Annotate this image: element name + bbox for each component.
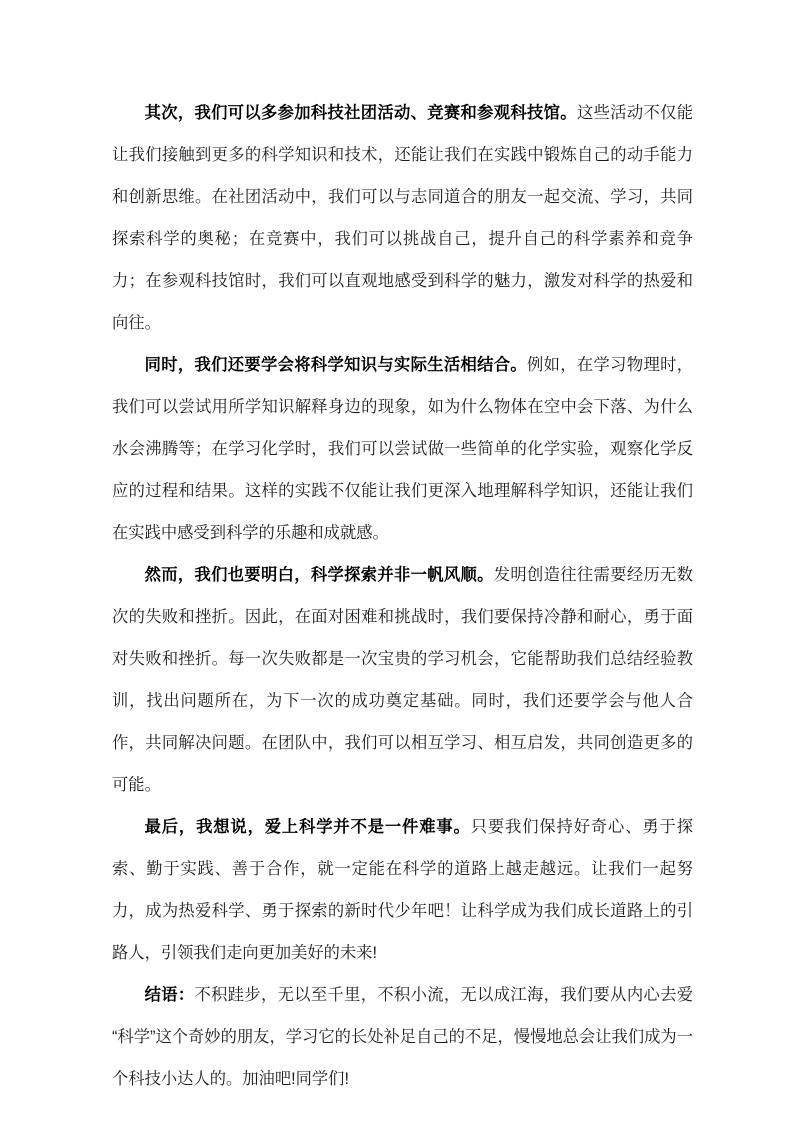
paragraph-1-text: 这些活动不仅能让我们接触到更多的科学知识和技术，还能让我们在实践中锻炼自己的动手… <box>112 104 693 332</box>
paragraph-5-text: 不积跬步，无以至千里，不积小流，无以成江海，我们要从内心去爱“科学”这个奇妙的朋… <box>112 986 693 1088</box>
paragraph-1: 其次，我们可以多参加科技社团活动、竞赛和参观科技馆。这些活动不仅能让我们接触到更… <box>112 92 693 344</box>
paragraph-1-lead: 其次，我们可以多参加科技社团活动、竞赛和参观科技馆。 <box>145 104 577 122</box>
paragraph-4-text: 只要我们保持好奇心、勇于探索、勤于实践、善于合作，就一定能在科学的道路上越走越远… <box>112 818 693 962</box>
document-body: 其次，我们可以多参加科技社团活动、竞赛和参观科技馆。这些活动不仅能让我们接触到更… <box>112 92 693 1100</box>
document-page: 其次，我们可以多参加科技社团活动、竞赛和参观科技馆。这些活动不仅能让我们接触到更… <box>0 0 793 1122</box>
paragraph-3: 然而，我们也要明白，科学探索并非一帆风顺。发明创造往往需要经历无数次的失败和挫折… <box>112 554 693 806</box>
paragraph-2: 同时，我们还要学会将科学知识与实际生活相结合。例如，在学习物理时，我们可以尝试用… <box>112 344 693 554</box>
paragraph-5: 结语：不积跬步，无以至千里，不积小流，无以成江海，我们要从内心去爱“科学”这个奇… <box>112 974 693 1100</box>
paragraph-5-lead: 结语： <box>145 986 195 1004</box>
paragraph-3-text: 发明创造往往需要经历无数次的失败和挫折。因此，在面对困难和挑战时，我们要保持冷静… <box>112 566 693 794</box>
paragraph-3-lead: 然而，我们也要明白，科学探索并非一帆风顺。 <box>145 566 494 584</box>
paragraph-2-lead: 同时，我们还要学会将科学知识与实际生活相结合。 <box>145 356 527 374</box>
paragraph-4-lead: 最后，我想说，爱上科学并不是一件难事。 <box>145 818 471 836</box>
paragraph-2-text: 例如，在学习物理时，我们可以尝试用所学知识解释身边的现象，如为什么物体在空中会下… <box>112 356 693 542</box>
paragraph-4: 最后，我想说，爱上科学并不是一件难事。只要我们保持好奇心、勇于探索、勤于实践、善… <box>112 806 693 974</box>
